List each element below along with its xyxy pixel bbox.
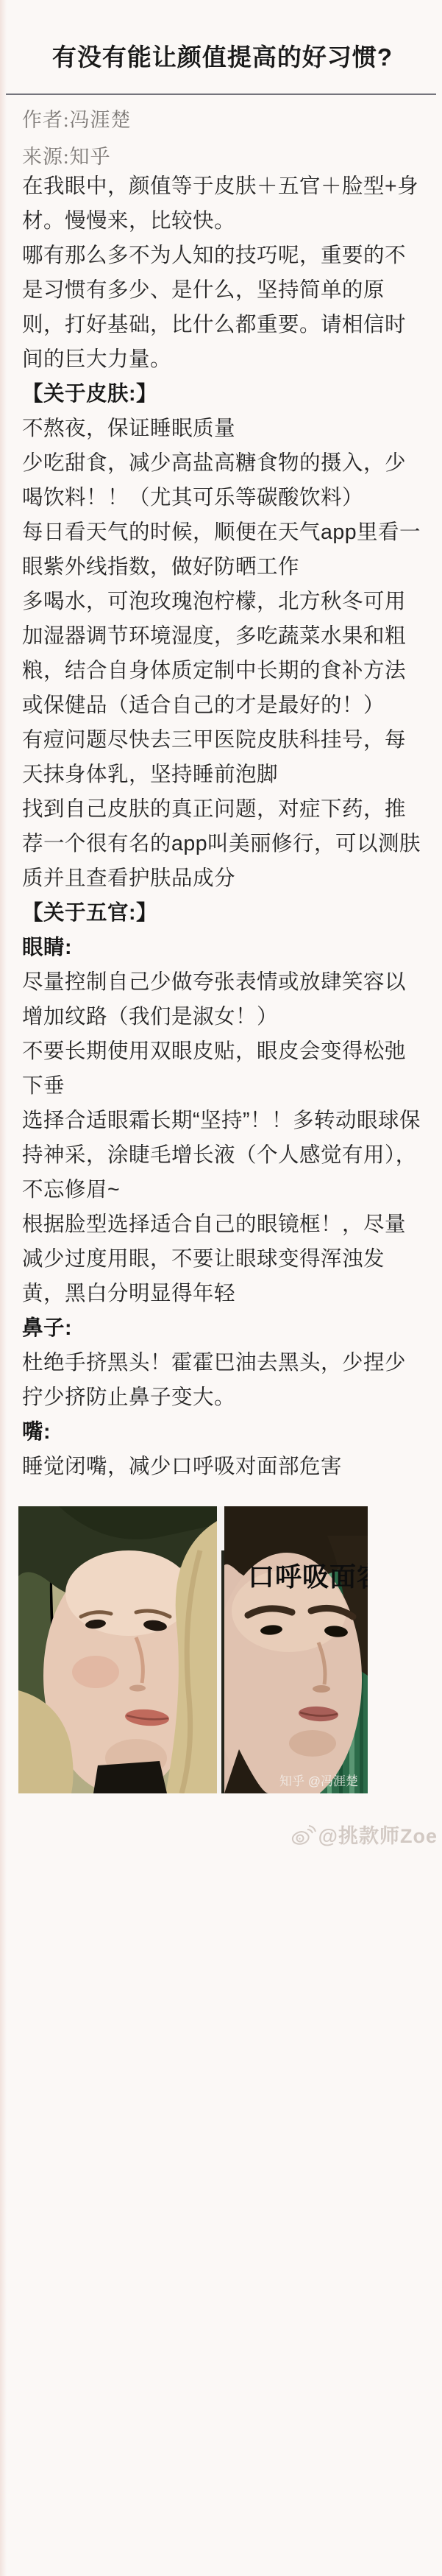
eyes-tip: 根据脸型选择适合自己的眼镜框！，尽量减少过度用眼，不要让眼球变得浑浊发黄，黑白分…: [0, 1207, 442, 1311]
mouth-breathing-comparison-photo: 口呼吸面容 知乎 @冯涯楚: [18, 1506, 368, 1793]
eyes-tip: 尽量控制自己少做夸张表情或放肆笑容以增加纹路（我们是淑女！）: [0, 965, 442, 1034]
skin-tip: 少吃甜食，减少高盐高糖食物的摄入，少喝饮料！！（尤其可乐等碳酸饮料）: [0, 446, 442, 515]
eyes-tip: 不要长期使用双眼皮贴，眼皮会变得松弛下垂: [0, 1034, 442, 1104]
skin-tip: 多喝水，可泡玫瑰泡柠檬，北方秋冬可用加湿器调节环境湿度，多吃蔬菜水果和粗粮，结合…: [0, 585, 442, 723]
section-heading-features: 【关于五官:】: [0, 896, 442, 931]
intro-paragraph: 在我眼中，颜值等于皮肤＋五官＋脸型+身材。慢慢来，比较快。: [0, 169, 442, 239]
photo-gap-shadow: [221, 1550, 224, 1793]
subheading-mouth: 嘴:: [0, 1415, 442, 1450]
weibo-watermark-text: @挑款师Zoe: [318, 1820, 438, 1849]
article-page: 有没有能让颜值提高的好习惯? 作者:冯涯楚 来源:知乎 在我眼中，颜值等于皮肤＋…: [0, 0, 442, 2576]
skin-tip: 每日看天气的时候，顺便在天气app里看一眼紫外线指数，做好防晒工作: [0, 515, 442, 585]
source-line: 来源:知乎: [0, 145, 442, 169]
skin-tip: 不熬夜，保证睡眠质量: [0, 412, 442, 446]
nose-tip: 杜绝手挤黑头！霍霍巴油去黑头，少捏少拧少挤防止鼻子变大。: [0, 1346, 442, 1415]
eyes-tip: 选择合适眼霜长期“坚持”！！多转动眼球保持神采，涂睫毛增长液（个人感觉有用），不…: [0, 1104, 442, 1207]
mouth-tip: 睡觉闭嘴，减少口呼吸对面部危害: [0, 1450, 442, 1484]
normal-face-photo: [18, 1506, 217, 1793]
section-heading-skin: 【关于皮肤:】: [0, 377, 442, 412]
mouth-breathing-face-photo: 口呼吸面容 知乎 @冯涯楚: [212, 1506, 368, 1793]
title-divider: [6, 93, 436, 95]
weibo-logo-icon: [290, 1823, 316, 1846]
photo-caption: 口呼吸面容: [248, 1562, 368, 1592]
photo-watermark: 知乎 @冯涯楚: [279, 1774, 358, 1788]
weibo-watermark: @挑款师Zoe: [0, 1820, 442, 1849]
subheading-nose: 鼻子:: [0, 1311, 442, 1346]
page-title: 有没有能让颜值提高的好习惯?: [0, 40, 442, 74]
subheading-eyes: 眼睛:: [0, 931, 442, 965]
author-line: 作者:冯涯楚: [0, 108, 442, 133]
skin-tip: 有痘问题尽快去三甲医院皮肤科挂号，每天抹身体乳，坚持睡前泡脚: [0, 723, 442, 792]
skin-tip: 找到自己皮肤的真正问题，对症下药，推荐一个很有名的app叫美丽修行，可以测肤质并…: [0, 792, 442, 896]
intro-paragraph: 哪有那么多不为人知的技巧呢，重要的不是习惯有多少、是什么，坚持简单的原则，打好基…: [0, 239, 442, 377]
